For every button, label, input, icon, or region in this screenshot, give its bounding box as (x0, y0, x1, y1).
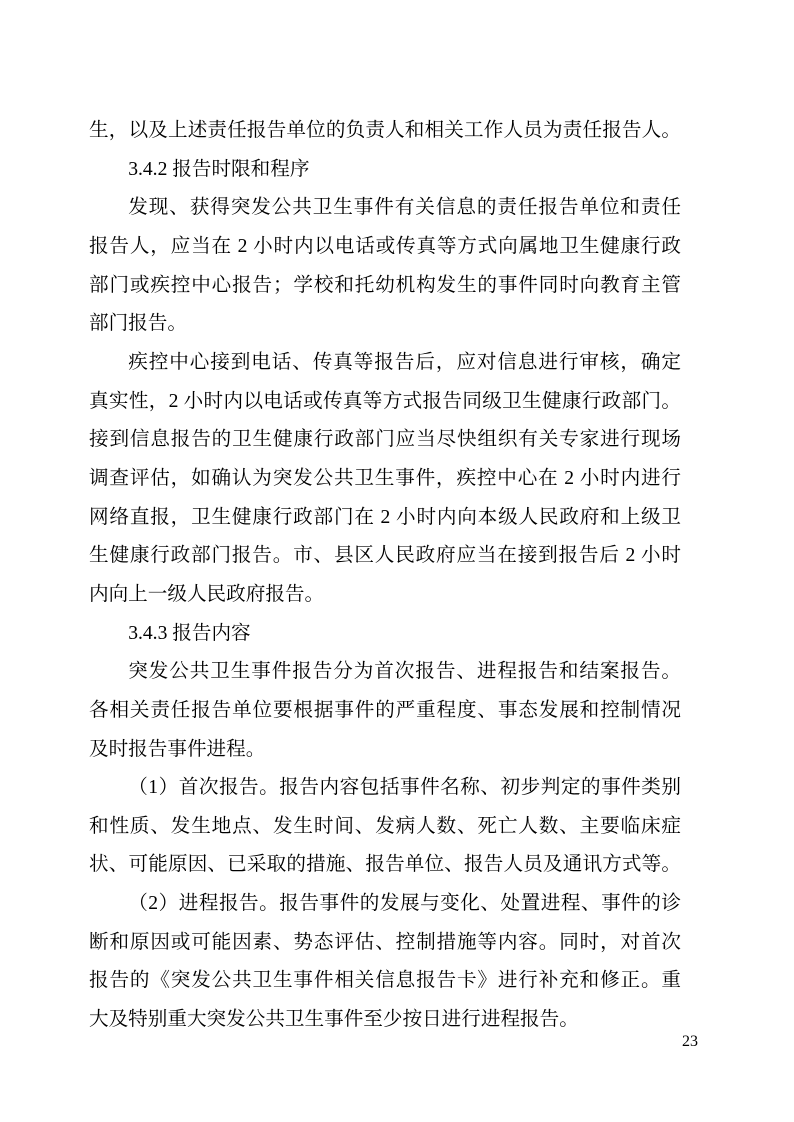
text-line: 调查评估，如确认为突发公共卫生事件，疾控中心在 2 小时内进行 (89, 460, 681, 499)
text-line: 疾控中心接到电话、传真等报告后，应对信息进行审核，确定 (89, 344, 681, 383)
page-number: 23 (670, 1032, 710, 1052)
text-line: 生健康行政部门报告。市、县区人民政府应当在接到报告后 2 小时 (89, 537, 681, 576)
text-line: 网络直报，卫生健康行政部门在 2 小时内向本级人民政府和上级卫 (89, 499, 681, 538)
document-page: 生，以及上述责任报告单位的负责人和相关工作人员为责任报告人。 3.4.2 报告时… (0, 0, 794, 1122)
text-line: （1）首次报告。报告内容包括事件名称、初步判定的事件类别 (89, 769, 681, 808)
text-line: 状、可能原因、已采取的措施、报告单位、报告人员及通讯方式等。 (89, 846, 681, 885)
text-line: 接到信息报告的卫生健康行政部门应当尽快组织有关专家进行现场 (89, 421, 681, 460)
text-line: 真实性，2 小时内以电话或传真等方式报告同级卫生健康行政部门。 (89, 383, 681, 422)
text-line: 发现、获得突发公共卫生事件有关信息的责任报告单位和责任 (89, 189, 681, 228)
text-body: 生，以及上述责任报告单位的负责人和相关工作人员为责任报告人。 3.4.2 报告时… (89, 112, 681, 1040)
text-line: 部门报告。 (89, 305, 681, 344)
text-line: 各相关责任报告单位要根据事件的严重程度、事态发展和控制情况 (89, 692, 681, 731)
text-line: 生，以及上述责任报告单位的负责人和相关工作人员为责任报告人。 (89, 112, 681, 151)
text-line: 及时报告事件进程。 (89, 731, 681, 770)
section-heading-3-4-3: 3.4.3 报告内容 (89, 615, 681, 654)
text-line: 断和原因或可能因素、势态评估、控制措施等内容。同时，对首次 (89, 924, 681, 963)
text-line: 报告人，应当在 2 小时内以电话或传真等方式向属地卫生健康行政 (89, 228, 681, 267)
text-line: 和性质、发生地点、发生时间、发病人数、死亡人数、主要临床症 (89, 808, 681, 847)
text-line: 内向上一级人民政府报告。 (89, 576, 681, 615)
text-line: 部门或疾控中心报告；学校和托幼机构发生的事件同时向教育主管 (89, 267, 681, 306)
section-heading-3-4-2: 3.4.2 报告时限和程序 (89, 151, 681, 190)
text-line: （2）进程报告。报告事件的发展与变化、处置进程、事件的诊 (89, 885, 681, 924)
text-line: 大及特别重大突发公共卫生事件至少按日进行进程报告。 (89, 1001, 681, 1040)
text-line: 报告的《突发公共卫生事件相关信息报告卡》进行补充和修正。重 (89, 962, 681, 1001)
text-line: 突发公共卫生事件报告分为首次报告、进程报告和结案报告。 (89, 653, 681, 692)
